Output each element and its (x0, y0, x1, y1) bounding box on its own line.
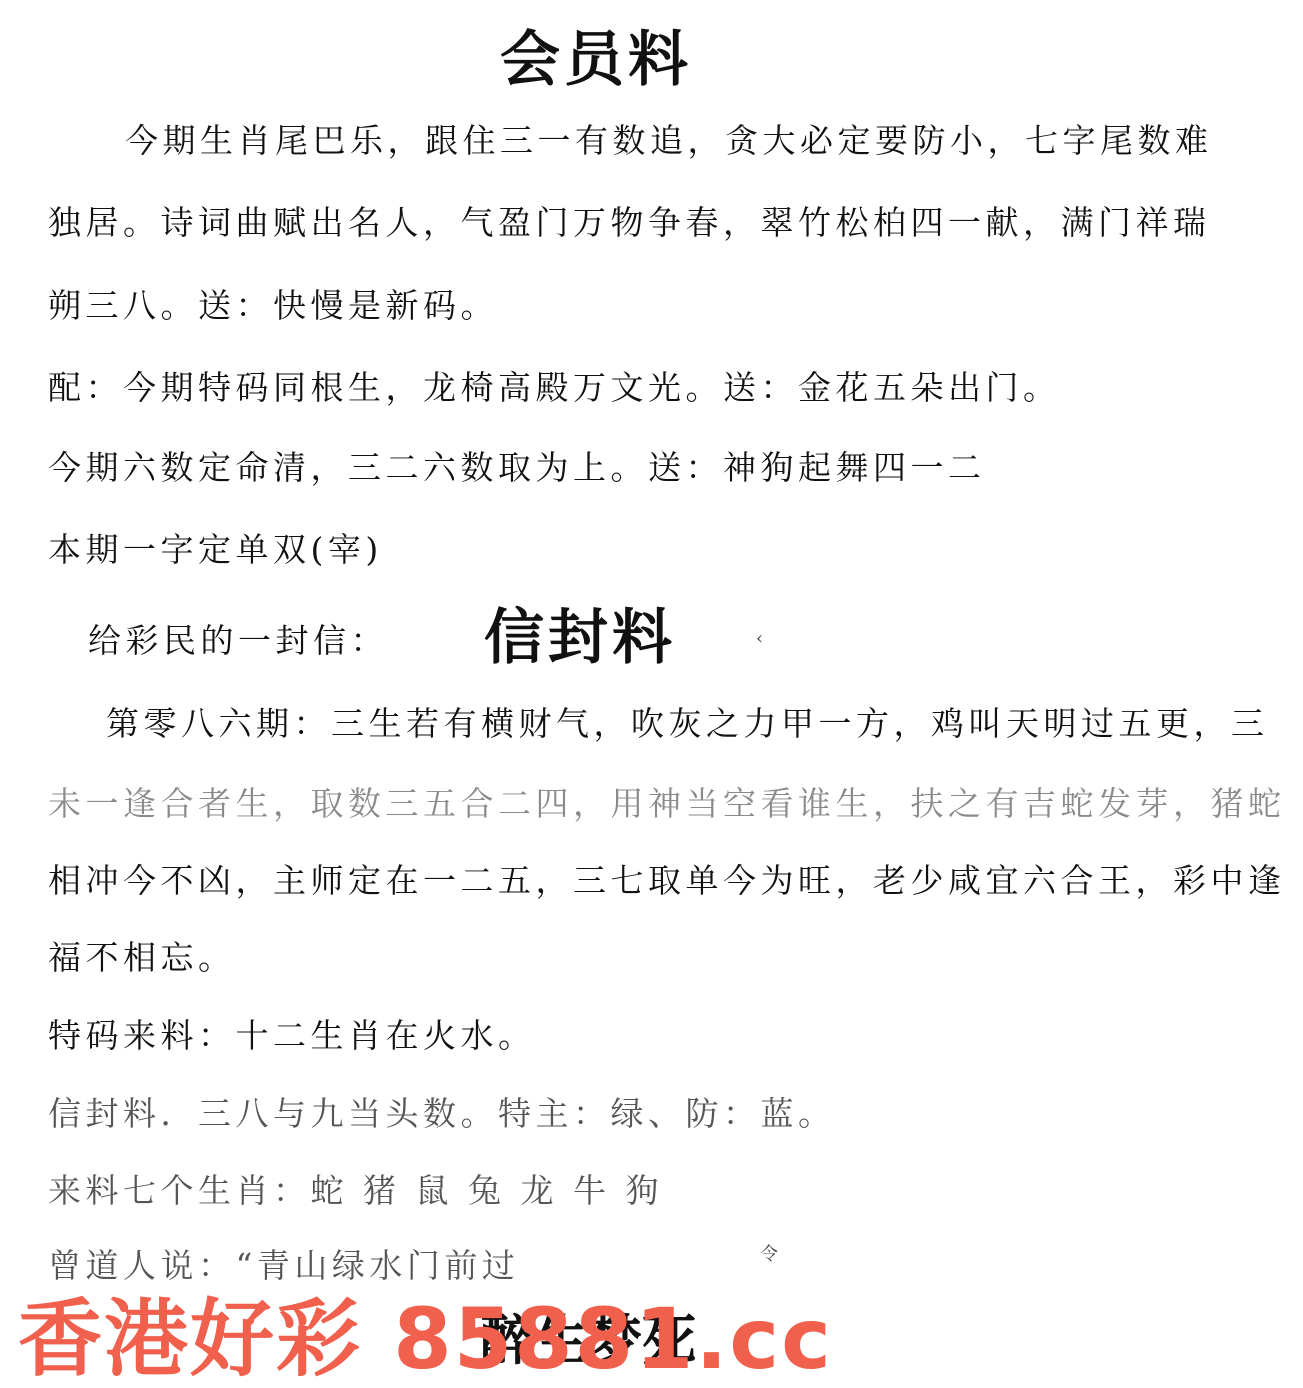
stray-mark: ‹ (756, 628, 763, 649)
envelope-para-line-1: 第零八六期：三生若有横财气，吹灰之力甲一方，鸡叫天明过五更，三 (106, 698, 1269, 745)
six-numbers-line: 今期六数定命清，三二六数取为上。送：神狗起舞四一二 (48, 442, 986, 489)
envelope-para-line-4: 福不相忘。 (48, 932, 236, 979)
member-section-title: 会员料 (500, 12, 692, 98)
letter-label: 给彩民的一封信： (88, 615, 388, 662)
pei-line: 配：今期特码同根生，龙椅高殿万文光。送：金花五朵出门。 (48, 362, 1061, 409)
envelope-para-line-2: 未一逢合者生，取数三五合二四，用神当空看谁生，扶之有吉蛇发芽，猪蛇 (48, 778, 1286, 825)
seven-zodiac-line: 来料七个生肖：蛇 猪 鼠 兔 龙 牛 狗 (48, 1165, 663, 1212)
envelope-section-title: 信封料 (484, 590, 676, 676)
member-para-line-3: 朔三八。送：快慢是新码。 (48, 280, 498, 327)
special-code-line: 特码来料：十二生肖在火水。 (48, 1010, 536, 1057)
odd-even-line: 本期一字定单双(宰) (48, 524, 383, 571)
member-para-line-1: 今期生肖尾巴乐，跟住三一有数追，贪大必定要防小，七字尾数难 (125, 115, 1213, 162)
envelope-para-line-3: 相冲今不凶，主师定在一二五，三七取单今为旺，老少咸宜六合王，彩中逢 (48, 855, 1286, 902)
watermark: 香港好彩 85881.cc (18, 1272, 833, 1388)
member-para-line-2: 独居。诗词曲赋出名人，气盈门万物争春，翠竹松柏四一献，满门祥瑞 (48, 197, 1211, 244)
taoist-stray-mark: 令 (760, 1240, 778, 1266)
envelope-line: 信封料．三八与九当头数。特主：绿、防：蓝。 (48, 1088, 836, 1135)
